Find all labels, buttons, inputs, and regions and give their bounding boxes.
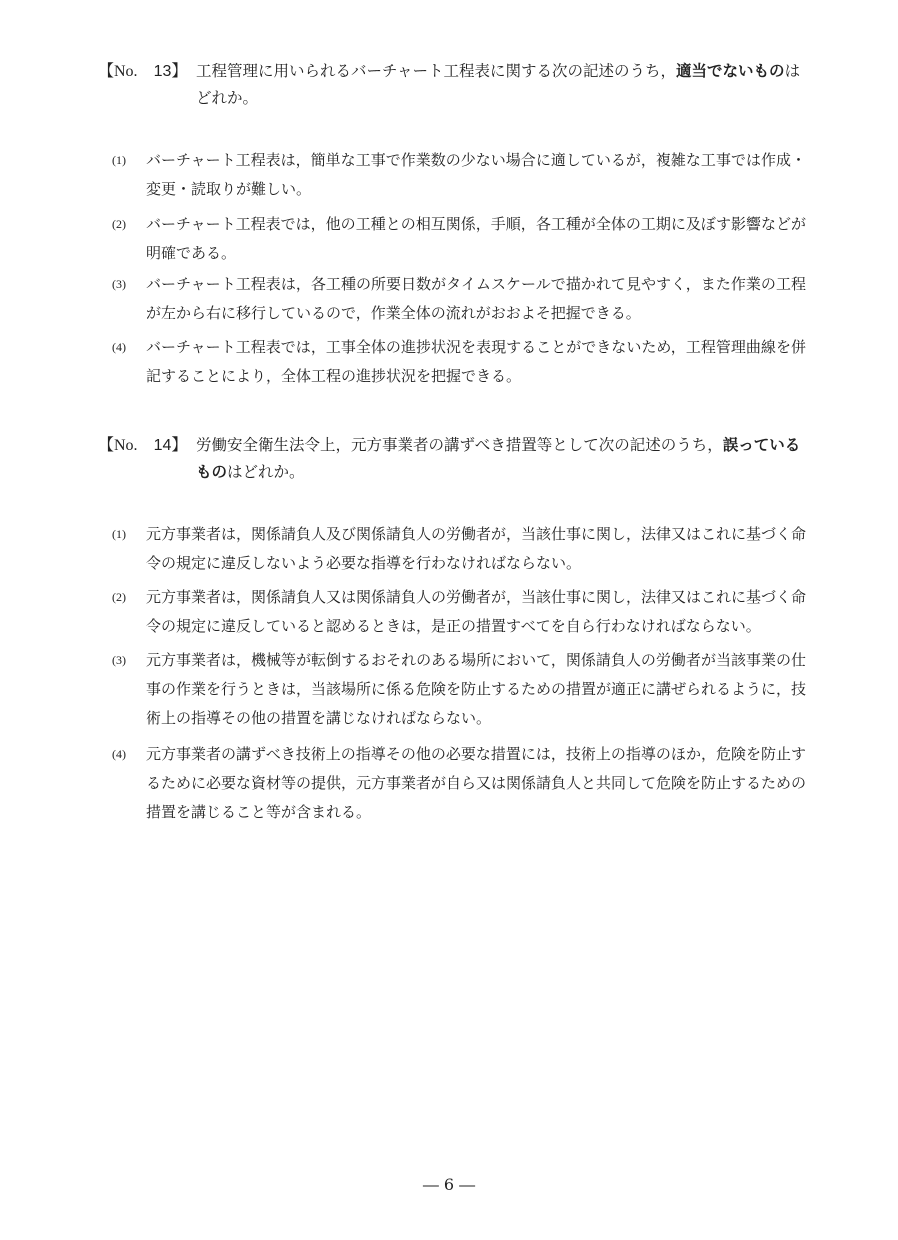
choice-text: 元方事業者の講ずべき技術上の指導その他の必要な措置には，技術上の指導のほか，危険… xyxy=(146,740,806,827)
choice-text: バーチャート工程表は，各工種の所要日数がタイムスケールで描かれて見やすく，また作… xyxy=(146,270,806,328)
choice-text: 元方事業者は，関係請負人及び関係請負人の労働者が，当該仕事に関し，法律又はこれに… xyxy=(146,520,806,578)
page-number: ― 6 ― xyxy=(0,1175,898,1194)
question-label: 【No. xyxy=(98,437,138,454)
question-number: 【No.13】 xyxy=(98,58,187,85)
choice-number: (4) xyxy=(112,333,126,362)
choice-text: 元方事業者は，関係請負人又は関係請負人の労働者が，当該仕事に関し，法律又はこれに… xyxy=(146,583,806,641)
choice-number: (1) xyxy=(112,520,126,549)
prompt-text-end: はどれか。 xyxy=(227,463,305,481)
question-number-value: 14】 xyxy=(154,437,188,454)
choice-number: (3) xyxy=(112,646,126,675)
prompt-text: 工程管理に用いられるバーチャート工程表に関する次の記述のうち， xyxy=(196,62,676,80)
question-prompt: 工程管理に用いられるバーチャート工程表に関する次の記述のうち，適当でないものはど… xyxy=(196,58,801,112)
choice-number: (1) xyxy=(112,146,126,175)
choice-number: (2) xyxy=(112,210,126,239)
question-number-value: 13】 xyxy=(154,63,188,80)
choice-number: (4) xyxy=(112,740,126,769)
choice-number: (3) xyxy=(112,270,126,299)
choice-text: バーチャート工程表では，工事全体の進捗状況を表現することができないため，工程管理… xyxy=(146,333,806,391)
prompt-emphasis: 適当でないもの xyxy=(676,62,785,80)
choice-number: (2) xyxy=(112,583,126,612)
choice-text: バーチャート工程表は，簡単な工事で作業数の少ない場合に適しているが，複雑な工事で… xyxy=(146,146,806,204)
question-prompt: 労働安全衛生法令上，元方事業者の講ずべき措置等として次の記述のうち，誤っているも… xyxy=(196,432,801,486)
choice-text: 元方事業者は，機械等が転倒するおそれのある場所において，関係請負人の労働者が当該… xyxy=(146,646,806,733)
question-number: 【No.14】 xyxy=(98,432,187,459)
prompt-text: 労働安全衛生法令上，元方事業者の講ずべき措置等として次の記述のうち， xyxy=(196,436,723,454)
choice-text: バーチャート工程表では，他の工種との相互関係，手順，各工種が全体の工期に及ぼす影… xyxy=(146,210,806,268)
question-label: 【No. xyxy=(98,63,138,80)
